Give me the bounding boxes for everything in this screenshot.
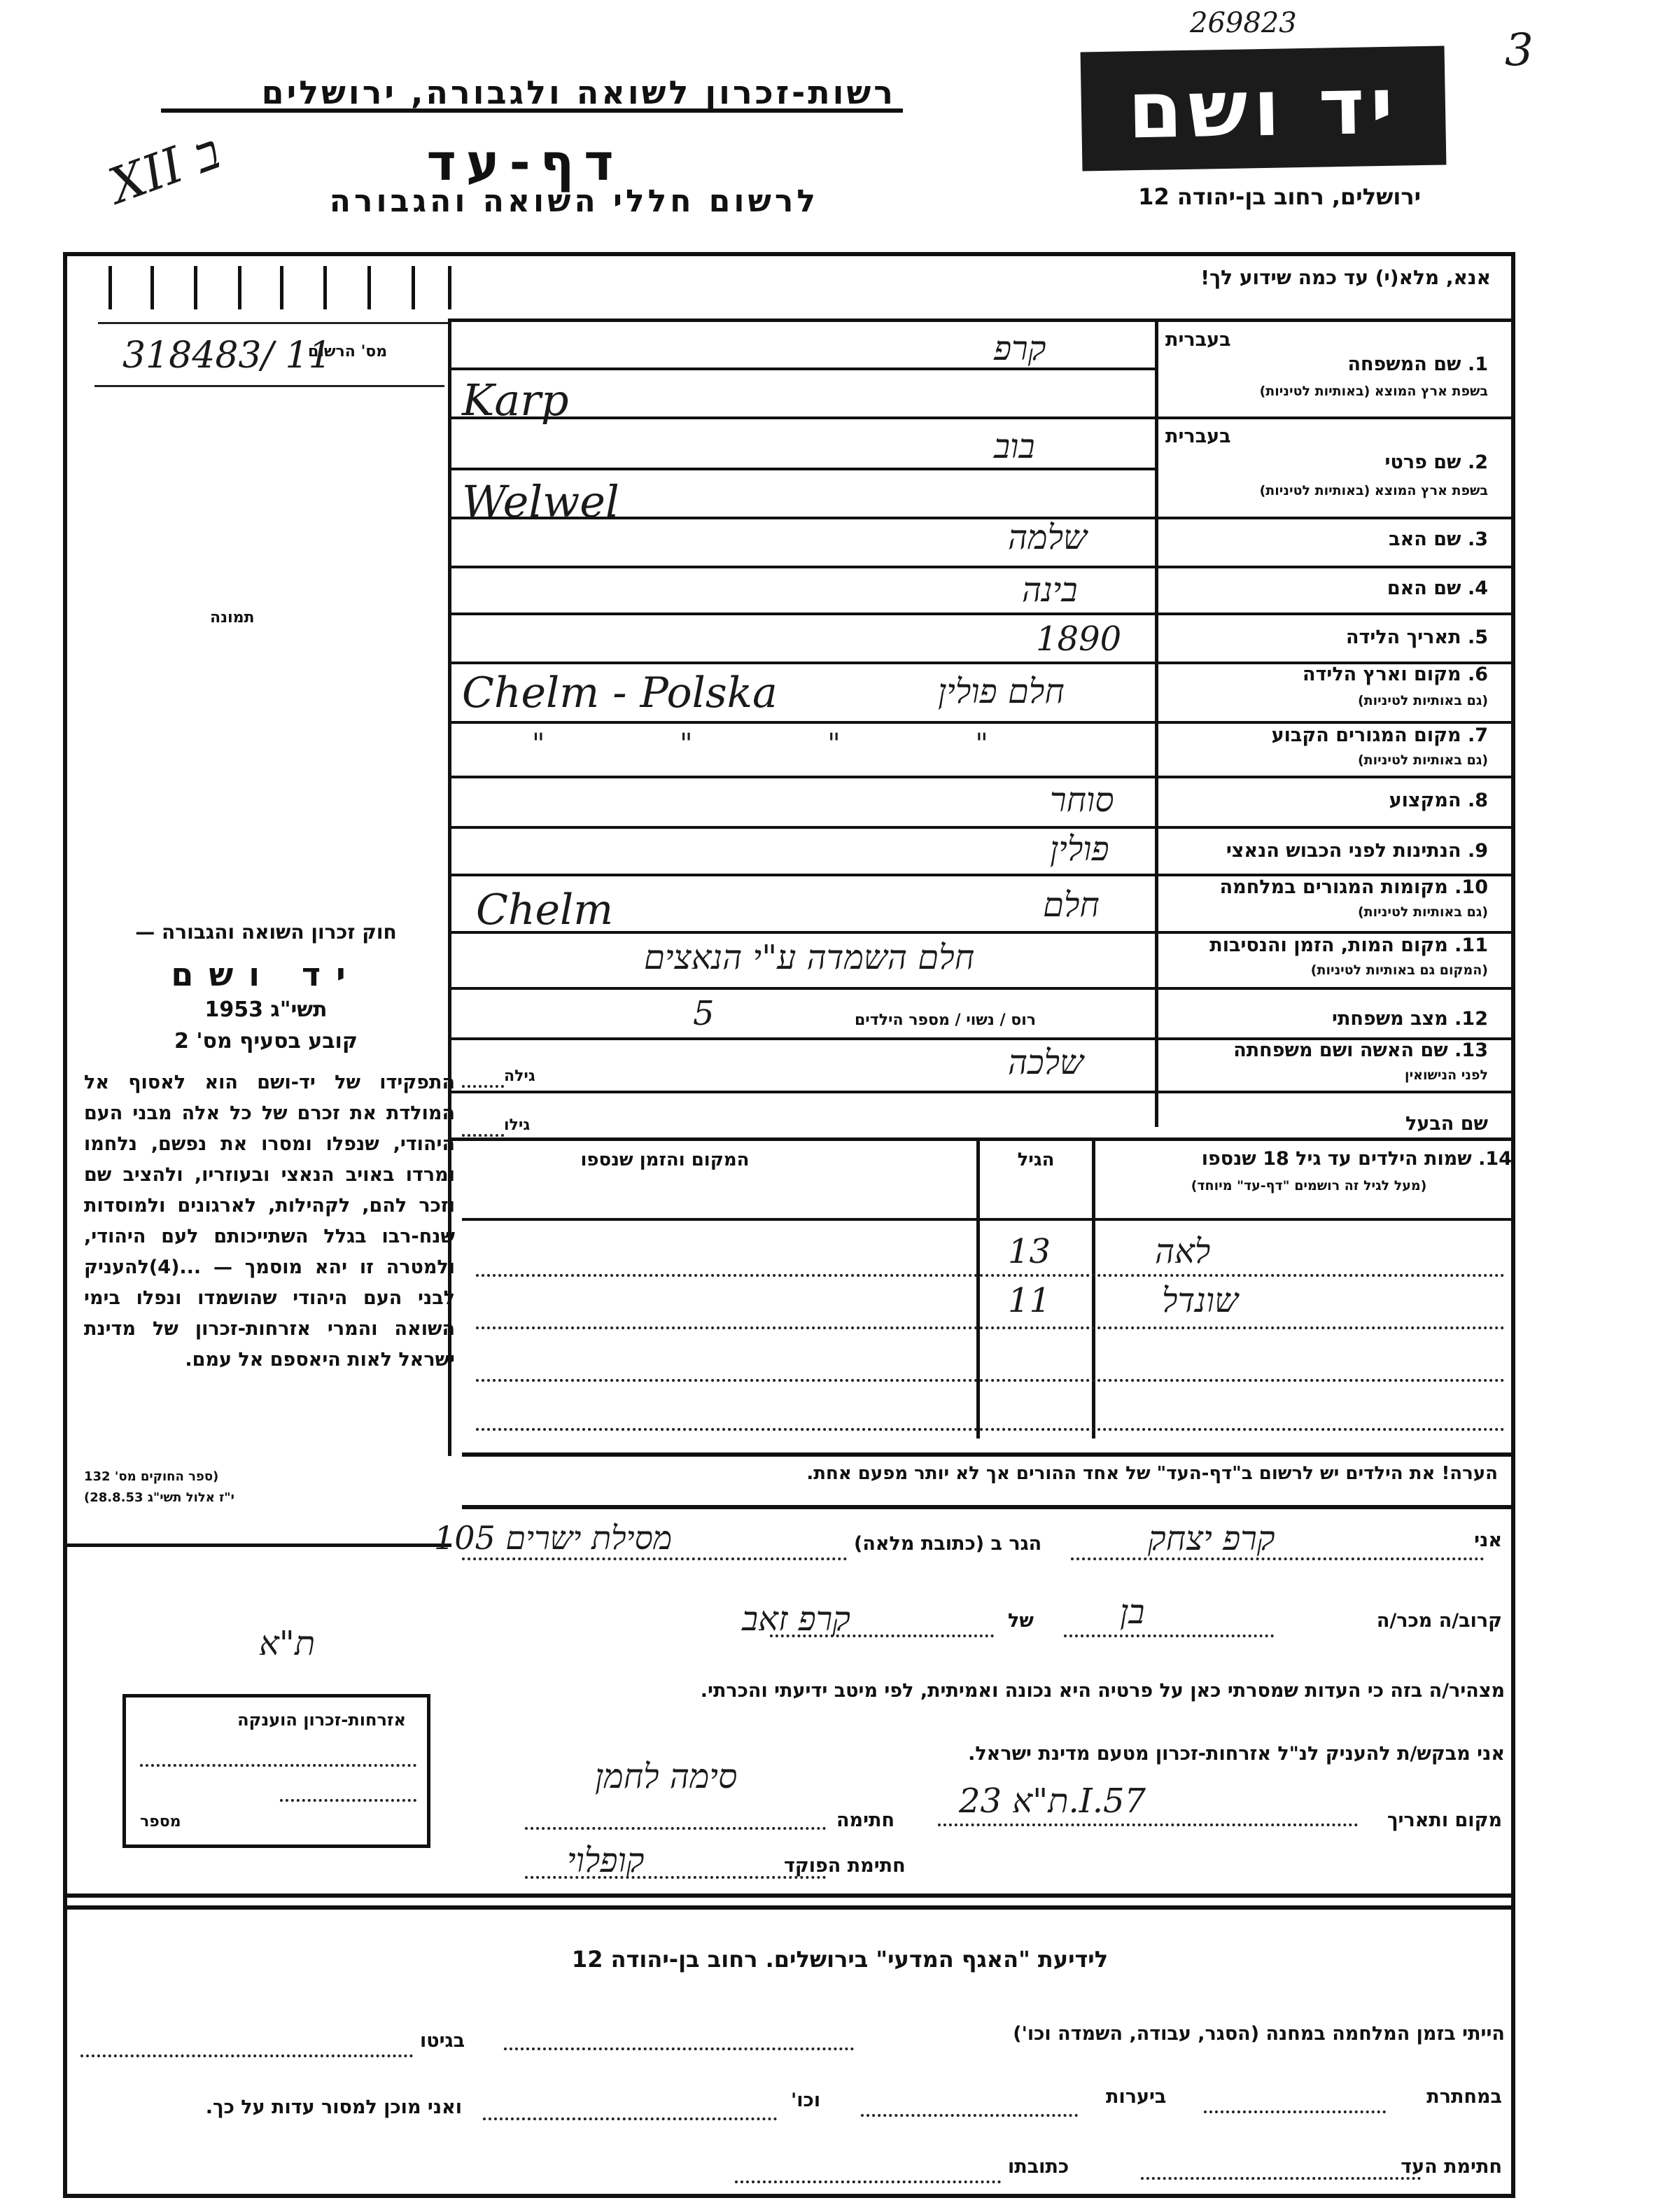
- column-header-place: המקום והזמן שנספו: [490, 1149, 840, 1170]
- field-number: 10.: [1454, 876, 1488, 898]
- law-source: (ספר החוקים מס' 132 י"ז אלול תשי"ג 28.8.…: [84, 1466, 455, 1508]
- serial-tick: [238, 266, 241, 309]
- nationality-field[interactable]: פולין: [1050, 829, 1109, 869]
- serial-tick: [150, 266, 154, 309]
- memorial-number-label: מספר: [140, 1813, 181, 1830]
- place-date-field[interactable]: ת"א 23.I.57: [959, 1781, 1146, 1821]
- field-label-text: שם האם: [1387, 577, 1461, 599]
- ghetto-label: בגיטו: [420, 2030, 465, 2052]
- serial-tick: [412, 266, 415, 309]
- field-label-birth-place: 6. מקום וארץ הלידה: [1303, 664, 1488, 685]
- place-date-line: [938, 1823, 1358, 1826]
- citizenship-request: אני מבקש/ת להעניק לנ"ל אזרחות-זכרון מטעם…: [770, 1743, 1505, 1765]
- field-sublabel: בשפת ארץ המוצא (באותיות לטיניות): [1260, 483, 1488, 498]
- birth-place-latin-field[interactable]: Chelm - Polska: [462, 668, 778, 717]
- family-name-hebrew-field[interactable]: קרפ: [994, 329, 1046, 368]
- field-number: 8.: [1468, 790, 1488, 811]
- declarant-address-field[interactable]: מסילת ישרים 105: [434, 1519, 672, 1557]
- divider: [462, 1452, 1512, 1457]
- divider: [462, 1218, 1512, 1221]
- children-sublabel: (מעל לגיל זה רושמים "דף-עד" מיוחד): [1106, 1178, 1512, 1193]
- divider: [451, 416, 1512, 419]
- serial-number-field[interactable]: 318483/ 11: [122, 335, 332, 377]
- address: ירושלים, רחוב בן-יהודה 12: [1092, 183, 1421, 210]
- divider: [451, 566, 1512, 568]
- field-label-text: המקצוע: [1389, 790, 1461, 811]
- divider: [451, 468, 1155, 470]
- signature-line: [525, 1827, 826, 1830]
- witness-signature-field[interactable]: [1141, 2177, 1421, 2180]
- hebrew-tag: בעברית: [1165, 329, 1231, 351]
- official-signature-field[interactable]: קופלוי: [567, 1841, 644, 1880]
- field-label-death-place: 11. מקום המות, הזמן והנסיבות: [1209, 934, 1488, 956]
- note: הערה! את הילדים יש לרשום ב"דף-העד" של אח…: [476, 1463, 1498, 1484]
- child-age-field[interactable]: 13: [1008, 1232, 1051, 1271]
- mother-name-field[interactable]: בינה: [1022, 570, 1077, 610]
- margin-note: ת"א: [259, 1624, 315, 1663]
- divider: [448, 318, 1512, 322]
- first-name-hebrew-field[interactable]: בוב: [994, 427, 1035, 466]
- field-sublabel: (גם באותיות לטיניות): [1358, 693, 1488, 708]
- page-number: 3: [1505, 24, 1534, 76]
- archive-number: 269823: [1190, 7, 1297, 39]
- divider: [451, 1137, 1512, 1141]
- field-label-text: הנתינות לפני הכבוש הנאצי: [1226, 840, 1461, 862]
- field-number: 11.: [1454, 934, 1488, 956]
- forests-label: ביערות: [1106, 2086, 1166, 2108]
- instructions: אנא, מלא(י) עד כמה שידוע לך!: [1120, 266, 1491, 289]
- handwritten-reference: XII ב: [102, 122, 228, 216]
- testimony-willing-label: ואני מוכן למסור עדות על כך.: [84, 2096, 462, 2118]
- field-label-text: מקום המות, הזמן והנסיבות: [1209, 934, 1447, 956]
- field-number: 2.: [1468, 451, 1488, 473]
- divider: [451, 721, 1512, 724]
- divider: [451, 612, 1512, 615]
- column-divider: [976, 1137, 980, 1438]
- field-number: 4.: [1468, 577, 1488, 599]
- field-label-text: מצב משפחתי: [1332, 1008, 1448, 1030]
- official-signature-label: חתימת הפוקד: [784, 1855, 906, 1877]
- father-name-field[interactable]: שלמה: [1008, 518, 1087, 557]
- law-year: תשי"ג 1953: [91, 997, 441, 1022]
- field-number: 5.: [1468, 626, 1488, 648]
- official-signature-line: [525, 1876, 826, 1879]
- field-sublabel: (גם באותיות לטיניות): [1358, 904, 1488, 920]
- field-label-text: תאריך הלידה: [1346, 626, 1461, 648]
- field-number: 9.: [1468, 840, 1488, 862]
- field-label-birth-date: 5. תאריך הלידה: [1346, 626, 1488, 648]
- first-name-latin-field[interactable]: Welwel: [462, 476, 619, 527]
- law-text: התפקידו של יד-ושם הוא לאסוף אל המולדת את…: [84, 1067, 455, 1375]
- serial-tick: [108, 266, 112, 309]
- row-line: [476, 1379, 1505, 1382]
- field-number: 3.: [1468, 528, 1488, 550]
- children-count-field[interactable]: 5: [693, 994, 715, 1033]
- children-label: 14. שמות הילדים עד גיל 18 שנספו: [1106, 1148, 1512, 1170]
- place-date-label: מקום ותאריך: [1387, 1809, 1502, 1831]
- witness-address-field[interactable]: [735, 2180, 1001, 2183]
- field-sublabel: בשפת ארץ המוצא (באותיות לטיניות): [1260, 384, 1488, 399]
- field-label-text: שם פרטי: [1385, 451, 1461, 473]
- serial-tick: [280, 266, 283, 309]
- divider: [451, 987, 1512, 990]
- divider: [451, 826, 1512, 829]
- hebrew-tag: בעברית: [1165, 426, 1231, 447]
- divider: [451, 1091, 1512, 1093]
- field-label-first-name: 2. שם פרטי: [1385, 451, 1488, 473]
- field-number: 6.: [1468, 664, 1488, 685]
- field-number: 1.: [1468, 353, 1488, 375]
- field-label-text: שם האב: [1389, 528, 1461, 550]
- field-label-marital-status: 12. מצב משפחתי: [1332, 1008, 1488, 1030]
- field-label-text: מקום המגורים הקבוע: [1272, 724, 1461, 746]
- memorial-line[interactable]: [140, 1764, 416, 1767]
- divider: [451, 517, 1512, 519]
- law-source-line: י"ז אלול תשי"ג 28.8.53): [84, 1487, 455, 1508]
- row-line: [476, 1326, 1505, 1329]
- occupation-field[interactable]: סוחר: [1050, 780, 1114, 820]
- divider: [66, 1543, 451, 1547]
- deceased-name-field[interactable]: קרפ זאב: [742, 1599, 850, 1639]
- etc-label: וכו': [791, 2089, 820, 2111]
- memorial-box-title: אזרחות-זכרון הוענקה: [237, 1710, 406, 1730]
- child-name-field[interactable]: שונדל: [1162, 1281, 1238, 1320]
- column-divider: [1092, 1137, 1095, 1438]
- husband-age-label: גילו: [504, 1116, 530, 1134]
- of-label: של: [1008, 1610, 1034, 1632]
- signature-label: חתימה: [836, 1809, 894, 1831]
- field-label-text: מקום וארץ הלידה: [1303, 664, 1461, 685]
- field-sublabel: (המקום גם באותיות לטיניות): [1311, 962, 1488, 978]
- wartime-residence-hebrew-field[interactable]: חלם: [1043, 885, 1100, 925]
- form-subtitle: לרשום חללי השואה והגבורה: [231, 183, 819, 219]
- field-label-wartime-residence: 10. מקומות המגורים במלחמה: [1220, 876, 1488, 898]
- marital-status-options: רוס / נשוי / מספר הילדים: [735, 1011, 1036, 1029]
- underground-field[interactable]: [1204, 2110, 1386, 2113]
- field-label-father-name: 3. שם האב: [1389, 528, 1488, 550]
- declarant-label: אני: [1474, 1529, 1502, 1551]
- divider: [98, 322, 448, 324]
- field-label-nationality: 9. הנתינות לפני הכבוש הנאצי: [1226, 840, 1488, 862]
- photo-placeholder[interactable]: תמונה: [210, 609, 255, 626]
- serial-tick: [367, 266, 371, 309]
- declarant-name-field[interactable]: קרפ יצחק: [1148, 1519, 1275, 1558]
- divider: [451, 776, 1512, 778]
- child-age-field[interactable]: 11: [1008, 1281, 1051, 1320]
- memorial-line[interactable]: [280, 1799, 416, 1802]
- law-name: יד ושם: [91, 955, 441, 993]
- field-label-text: שמות הילדים עד גיל 18 שנספו: [1202, 1148, 1472, 1170]
- birth-date-field[interactable]: 1890: [1036, 619, 1121, 659]
- law-section: קובע בסעיף מס' 2: [91, 1029, 441, 1053]
- field-label-husband-name: שם הבעל: [1405, 1113, 1488, 1135]
- divider: [161, 108, 903, 113]
- ghetto-field[interactable]: [80, 2054, 413, 2057]
- declarant-name-line: [1071, 1557, 1484, 1560]
- divider: [66, 1905, 1512, 1910]
- witness-address-label: כתובתו: [1008, 2156, 1069, 2178]
- birth-place-hebrew-field[interactable]: חלם פולין: [938, 672, 1065, 711]
- law-source-line: (ספר החוקים מס' 132: [84, 1466, 455, 1487]
- relation-label: קרוב/ה מכר/ה: [1377, 1610, 1502, 1632]
- address-label: הגר ב (כתובת מלאה): [854, 1533, 1041, 1555]
- scientific-department-title: לידיעת "האגף המדעי" בירושלים. רחוב בן-יה…: [434, 1946, 1246, 1973]
- death-place-field[interactable]: חלם השמדה ע"י הנאצים: [644, 938, 974, 977]
- field-sublabel: לפני הנישואין: [1405, 1067, 1488, 1083]
- child-name-field[interactable]: לאה: [1155, 1232, 1210, 1271]
- field-number: 7.: [1468, 724, 1488, 746]
- row-line: [476, 1428, 1505, 1431]
- witness-signature-label: חתימת העד: [1401, 2156, 1502, 2178]
- divider: [94, 385, 444, 387]
- divider: [462, 1505, 1512, 1509]
- column-header-age: הגיל: [983, 1149, 1088, 1170]
- memorial-citizenship-box: אזרחות-זכרון הוענקה מספר: [122, 1694, 430, 1848]
- camp-field[interactable]: [504, 2047, 854, 2050]
- organization-name: רשות-זכרון לשואה ולגבורה, ירושלים: [154, 73, 896, 111]
- relation-field[interactable]: בן: [1120, 1592, 1144, 1632]
- yad-vashem-logo: יד ושם: [1081, 45, 1447, 171]
- wife-age-label: גילה: [504, 1067, 535, 1085]
- serial-tick: [194, 266, 197, 309]
- children-section-header: 14. שמות הילדים עד גיל 18 שנספו (מעל לגי…: [1106, 1148, 1512, 1193]
- field-label-wife-name: 13. שם האשה ושם משפחתה: [1233, 1039, 1488, 1061]
- field-label-residence: 7. מקום המגורים הקבוע: [1272, 724, 1488, 746]
- field-label-family-name: 1. שם המשפחה: [1347, 353, 1488, 375]
- serial-tick: [323, 266, 327, 309]
- declaration-statement: מצהיר/ה בזה כי העדות שמסרתי כאן על פרטיה…: [462, 1680, 1505, 1702]
- residence-field[interactable]: " " " ": [532, 728, 988, 760]
- field-number: 14.: [1478, 1148, 1512, 1170]
- field-number: 12.: [1454, 1008, 1488, 1030]
- field-label-text: שם המשפחה: [1347, 353, 1461, 375]
- camp-label: הייתי בזמן המלחמה במחנה (הסגר, עבודה, הש…: [875, 2023, 1505, 2045]
- field-label-text: מקומות המגורים במלחמה: [1220, 876, 1448, 898]
- of-name-line: [770, 1634, 994, 1637]
- relation-line: [1064, 1634, 1274, 1637]
- signature-field[interactable]: סימה לחמן: [595, 1757, 737, 1796]
- divider: [66, 1893, 1512, 1898]
- field-label-text: שם האשה ושם משפחתה: [1233, 1039, 1448, 1061]
- underground-label: במחתרת: [1426, 2086, 1502, 2108]
- divider: [451, 931, 1512, 934]
- field-sublabel: (גם באותיות לטיניות): [1358, 752, 1488, 768]
- wartime-residence-latin-field[interactable]: Chelm: [476, 885, 613, 934]
- field-label-occupation: 8. המקצוע: [1389, 790, 1488, 811]
- field-label-mother-name: 4. שם האם: [1387, 577, 1488, 599]
- serial-tick: [448, 266, 451, 309]
- row-line: [476, 1274, 1505, 1277]
- forests-field[interactable]: [861, 2114, 1078, 2117]
- law-title: חוק זכרון השואה והגבורה —: [91, 920, 441, 944]
- wife-age-field[interactable]: [462, 1085, 504, 1088]
- husband-age-field[interactable]: [462, 1134, 504, 1137]
- address-line: [462, 1557, 847, 1560]
- column-divider: [1155, 322, 1158, 1127]
- divider: [451, 367, 1155, 370]
- wife-name-field[interactable]: שלכה: [1008, 1043, 1083, 1082]
- field-number: 13.: [1454, 1039, 1488, 1061]
- etc-field[interactable]: [483, 2117, 777, 2120]
